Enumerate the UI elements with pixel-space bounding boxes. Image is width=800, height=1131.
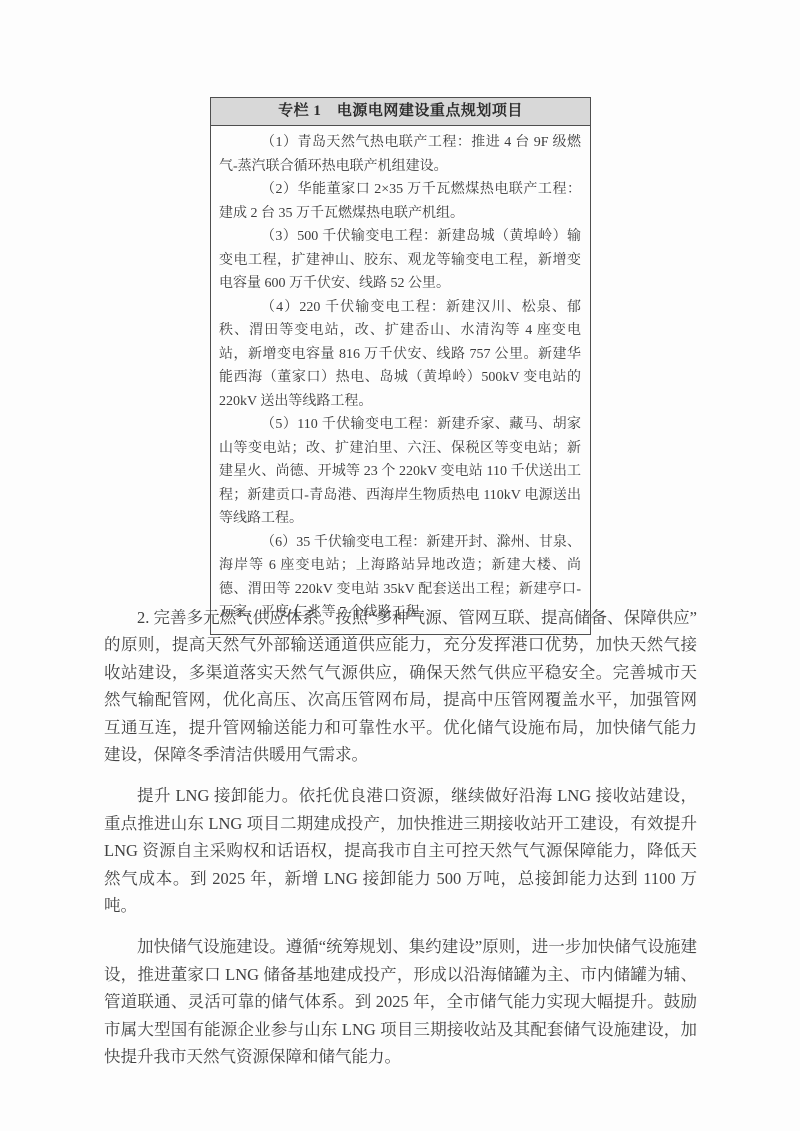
- box-item-3: （3）500 千伏输变电工程：新建岛城（黄埠岭）输变电工程，扩建神山、胶东、观龙…: [219, 225, 581, 296]
- body-paragraph-1: 2. 完善多元燃气供应体系。按照“多种气源、管网互联、提高储备、保障供应”的原则…: [104, 604, 697, 768]
- document-page: 专栏 1 电源电网建设重点规划项目 （1）青岛天然气热电联产工程：推进 4 台 …: [0, 0, 800, 1131]
- body-paragraph-2: 提升 LNG 接卸能力。依托优良港口资源，继续做好沿海 LNG 接收站建设，重点…: [104, 782, 697, 919]
- box-item-4: （4）220 千伏输变电工程：新建汉川、松泉、郁秩、渭田等变电站，改、扩建岙山、…: [219, 296, 581, 414]
- box-item-5: （5）110 千伏输变电工程：新建乔家、藏马、胡家山等变电站；改、扩建泊里、六汪…: [219, 413, 581, 531]
- box-item-2: （2）华能董家口 2×35 万千瓦燃煤热电联产工程：建成 2 台 35 万千瓦燃…: [219, 178, 581, 225]
- highlight-box-title: 专栏 1 电源电网建设重点规划项目: [211, 98, 590, 126]
- highlight-box: 专栏 1 电源电网建设重点规划项目 （1）青岛天然气热电联产工程：推进 4 台 …: [210, 97, 591, 635]
- box-item-1: （1）青岛天然气热电联产工程：推进 4 台 9F 级燃气-蒸汽联合循环热电联产机…: [219, 131, 581, 178]
- highlight-box-body: （1）青岛天然气热电联产工程：推进 4 台 9F 级燃气-蒸汽联合循环热电联产机…: [211, 126, 590, 634]
- body-paragraph-3: 加快储气设施建设。遵循“统筹规划、集约建设”原则，进一步加快储气设施建设，推进董…: [104, 933, 697, 1070]
- body-text: 2. 完善多元燃气供应体系。按照“多种气源、管网互联、提高储备、保障供应”的原则…: [104, 604, 697, 1085]
